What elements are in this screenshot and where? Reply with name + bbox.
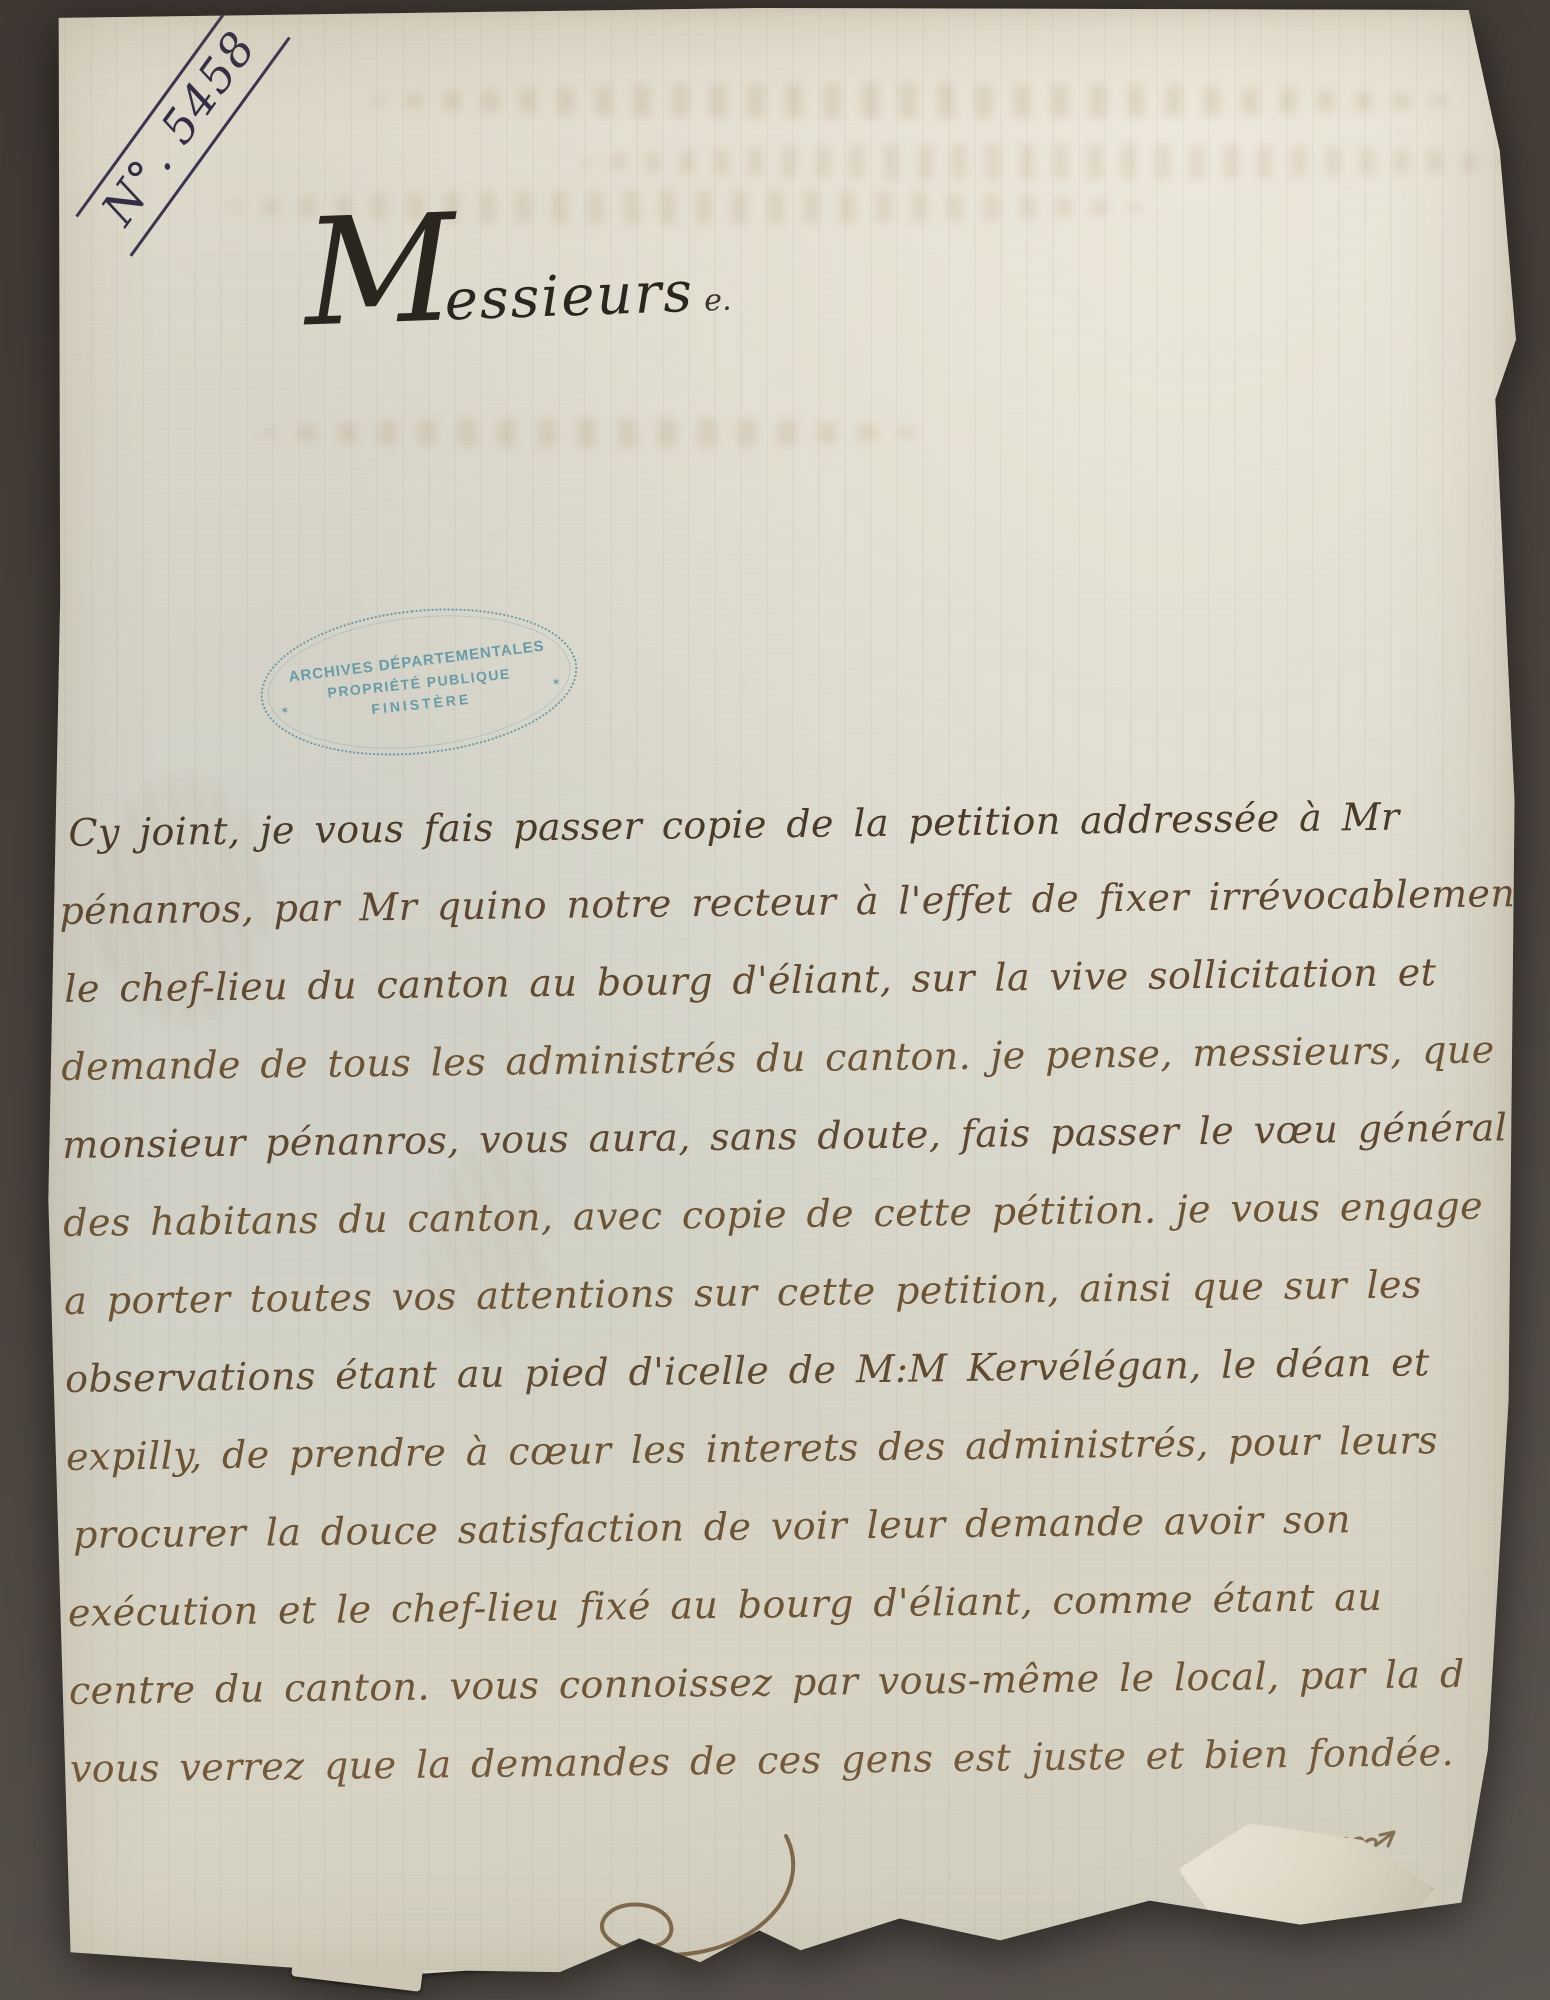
ink-showthrough-stain: [578, 144, 1518, 180]
ink-showthrough-stain: [368, 84, 1458, 118]
stamp-ornament: ✶: [551, 676, 562, 690]
stamp-ornament: ✶: [280, 704, 291, 718]
salutation-rest: essieurs: [444, 260, 695, 334]
reference-number: N°. 5458: [48, 34, 308, 259]
reference-number-text: N°. 5458: [75, 0, 290, 257]
ink-showthrough-stain: [258, 418, 918, 448]
letter-body: Cy joint, je vous fais passer copie de l…: [58, 776, 1516, 1808]
salutation: Messieurse.: [302, 185, 733, 348]
salutation-initial: M: [301, 182, 454, 359]
archive-stamp: ✶ ARCHIVES DÉPARTEMENTALES PROPRIÉTÉ PUB…: [253, 594, 584, 770]
paper-wrapper: N°. 5458 Messieurse. ✶ ARCHIVES DÉPARTEM…: [0, 0, 1550, 2000]
stamp-line-1: ARCHIVES DÉPARTEMENTALES: [288, 637, 546, 685]
letter-paper: N°. 5458 Messieurse. ✶ ARCHIVES DÉPARTEM…: [38, 6, 1516, 1992]
photo-background: { "photo": { "background_color": "#4a433…: [0, 0, 1550, 2000]
salutation-flourish: e.: [704, 283, 733, 319]
body-line: vous verrez que la demandes de ces gens …: [69, 1712, 1516, 1808]
stamp-line-3: FINISTÈRE: [371, 690, 472, 716]
flourish-paraph: [558, 1828, 828, 1978]
photo-scene: N°. 5458 Messieurse. ✶ ARCHIVES DÉPARTEM…: [0, 0, 1550, 2000]
